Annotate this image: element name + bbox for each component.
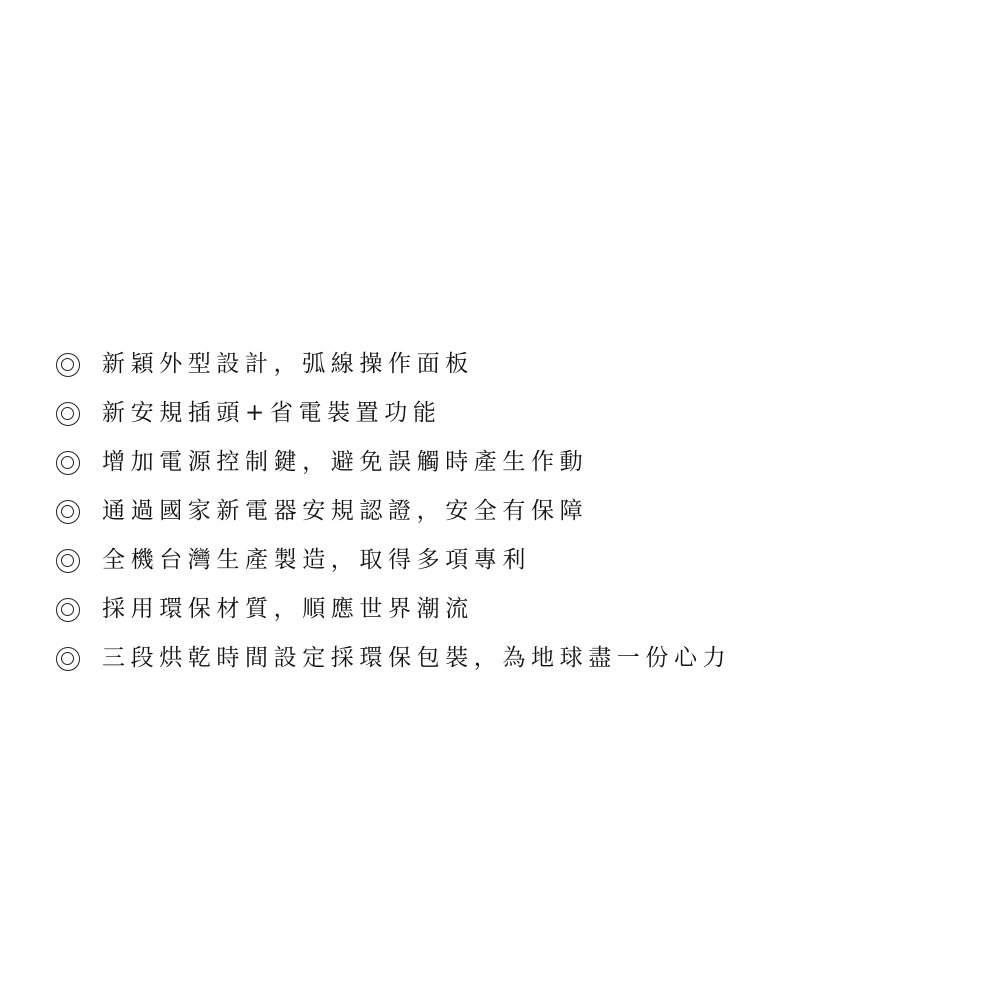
double-circle-icon — [56, 353, 80, 377]
double-circle-icon — [56, 500, 80, 524]
feature-item: 增加電源控制鍵，避免誤觸時產生作動 — [56, 438, 731, 487]
feature-item: 全機台灣生產製造，取得多項專利 — [56, 536, 731, 585]
feature-text: 通過國家新電器安規認證，安全有保障 — [102, 500, 588, 523]
feature-item: 新安規插頭+省電裝置功能 — [56, 389, 731, 438]
double-circle-icon — [56, 549, 80, 573]
double-circle-icon — [56, 647, 80, 671]
feature-text: 三段烘乾時間設定採環保包裝，為地球盡一份心力 — [102, 647, 731, 670]
feature-text: 採用環保材質，順應世界潮流 — [102, 598, 474, 621]
feature-text: 新安規插頭+省電裝置功能 — [102, 402, 441, 425]
feature-list: 新穎外型設計，弧線操作面板 新安規插頭+省電裝置功能 增加電源控制鍵，避免誤觸時… — [56, 340, 731, 683]
feature-text: 全機台灣生產製造，取得多項專利 — [102, 549, 531, 572]
feature-text: 新穎外型設計，弧線操作面板 — [102, 353, 474, 376]
feature-text: 增加電源控制鍵，避免誤觸時產生作動 — [102, 451, 588, 474]
feature-item: 通過國家新電器安規認證，安全有保障 — [56, 487, 731, 536]
feature-item: 三段烘乾時間設定採環保包裝，為地球盡一份心力 — [56, 634, 731, 683]
double-circle-icon — [56, 451, 80, 475]
double-circle-icon — [56, 402, 80, 426]
double-circle-icon — [56, 598, 80, 622]
feature-item: 採用環保材質，順應世界潮流 — [56, 585, 731, 634]
feature-item: 新穎外型設計，弧線操作面板 — [56, 340, 731, 389]
